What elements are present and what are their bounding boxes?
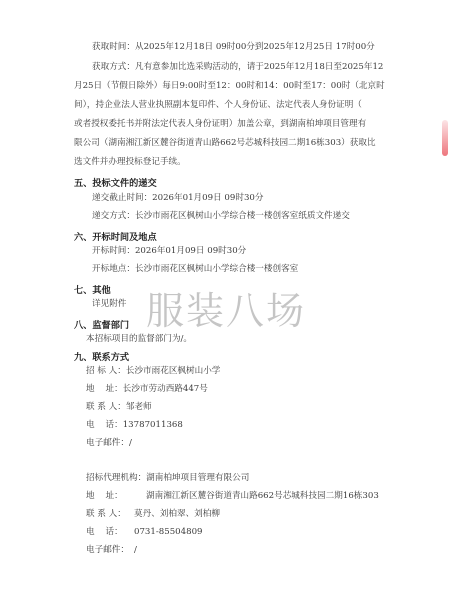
agency-phone-label: 电 话： [86, 527, 134, 538]
tenderer-name-row: 招 标 人：长沙市雨花区枫树山小学 [86, 366, 220, 377]
agency-email: / [134, 545, 137, 555]
acquisition-method-line-6: 选文件并办理投标登记手续。 [74, 157, 186, 168]
agency-contact: 莫丹、刘柏翠、刘柏柳 [134, 509, 220, 519]
tenderer-phone-row: 电 话：13787011368 [86, 420, 183, 431]
agency-name: 湖南柏坤项目管理有限公司 [146, 473, 249, 483]
acquisition-method-line-5: 限公司（湖南湘江新区麓谷街道青山路662号芯城科技园二期16栋303）获取比 [74, 138, 376, 149]
acquisition-method-line-2: 月25日（节假日除外）每日9:00时至12：00时和14：00时至17：00时（… [74, 81, 385, 92]
agency-address: 湖南湘江新区麓谷街道青山路662号芯城科技园二期16栋303 [146, 491, 379, 501]
tenderer-phone: 13787011368 [123, 420, 183, 430]
section-8-text: 本招标项目的监督部门为/。 [86, 334, 192, 345]
tenderer-email-label: 电子邮件： [86, 438, 129, 449]
acquisition-time: 获取时间：从2025年12月18日 09时00分到2025年12月25日 17时… [92, 42, 375, 53]
section-9-title: 九、联系方式 [74, 349, 129, 363]
agency-contact-row: 联 系 人：莫丹、刘柏翠、刘柏柳 [86, 509, 220, 520]
submission-method: 递交方式：长沙市雨花区枫树山小学综合楼一楼创客室纸质文件递交 [92, 211, 350, 222]
acquisition-method-line-1: 获取方式：凡有意参加比选采购活动的，请于2025年12月18日至2025年12 [92, 62, 383, 73]
tenderer-name: 长沙市雨花区枫树山小学 [126, 366, 221, 376]
document-page: 获取时间：从2025年12月18日 09时00分到2025年12月25日 17时… [0, 0, 450, 600]
agency-address-label: 地 址： [86, 491, 146, 502]
opening-place: 开标地点：长沙市雨花区枫树山小学综合楼一楼创客室 [92, 264, 298, 275]
acquisition-method-line-3: 间），持企业法人营业执照副本复印件、个人身份证、法定代表人身份证明（ [74, 100, 362, 111]
agency-name-label: 招标代理机构： [86, 473, 146, 484]
tenderer-contact-row: 联 系 人：邹老师 [86, 402, 152, 413]
agency-contact-label: 联 系 人： [86, 509, 134, 520]
submission-deadline: 递交截止时间：2026年01月09日 09时30分 [92, 193, 263, 204]
agency-address-row: 地 址：湖南湘江新区麓谷街道青山路662号芯城科技园二期16栋303 [86, 491, 379, 502]
agency-phone-row: 电 话：0731-85504809 [86, 527, 203, 538]
tenderer-email-row: 电子邮件：/ [86, 438, 132, 449]
agency-phone: 0731-85504809 [134, 527, 203, 537]
watermark: 服装八场 [146, 280, 306, 335]
agency-name-row: 招标代理机构：湖南柏坤项目管理有限公司 [86, 473, 249, 484]
red-stamp-edge [442, 120, 448, 156]
tenderer-address-label: 地 址： [86, 384, 123, 395]
opening-time: 开标时间：2026年01月09日 09时30分 [92, 246, 246, 257]
agency-email-row: 电子邮件：/ [86, 545, 137, 556]
tenderer-contact-label: 联 系 人： [86, 402, 126, 413]
agency-email-label: 电子邮件： [86, 545, 134, 556]
section-7-title: 七、其他 [74, 282, 111, 296]
tenderer-email: / [129, 438, 132, 448]
section-7-text: 详见附件 [92, 299, 126, 310]
tenderer-contact: 邹老师 [126, 402, 152, 412]
tenderer-phone-label: 电 话： [86, 420, 123, 431]
section-6-title: 六、开标时间及地点 [74, 229, 157, 243]
acquisition-method-line-4: 或者授权委托书并附法定代表人身份证明）加盖公章，到湖南柏坤项目管理有 [74, 119, 366, 130]
tenderer-address: 长沙市劳动西路447号 [123, 384, 208, 394]
tenderer-name-label: 招 标 人： [86, 366, 126, 377]
tenderer-address-row: 地 址：长沙市劳动西路447号 [86, 384, 208, 395]
section-8-title: 八、监督部门 [74, 317, 129, 331]
section-5-title: 五、投标文件的递交 [74, 175, 157, 189]
